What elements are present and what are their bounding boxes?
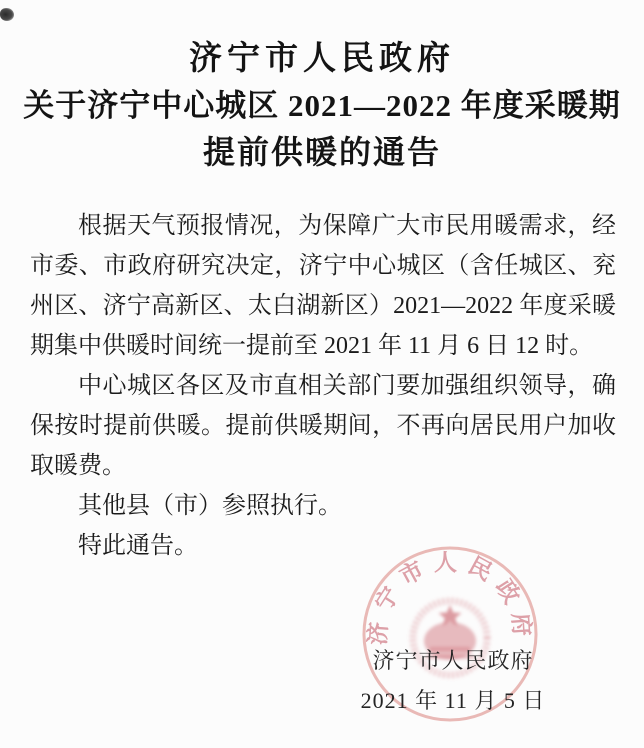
notice-type-line: 提前供暖的通告: [20, 129, 624, 175]
signature-block: 济宁市人民政府 济宁市人民政府 2021 年 11 月 5 日: [300, 520, 644, 748]
signature-authority: 济宁市人民政府: [358, 644, 548, 675]
notice-title: 济宁市人民政府 关于济宁中心城区 2021—2022 年度采暖期 提前供暖的通告: [20, 36, 624, 175]
scan-artifact: [0, 8, 14, 21]
body-paragraph: 中心城区各区及市直相关部门要加强组织领导，确保按时提前供暖。提前供暖期间，不再向…: [30, 366, 616, 486]
notice-document: 济宁市人民政府 关于济宁中心城区 2021—2022 年度采暖期 提前供暖的通告…: [0, 0, 644, 748]
notice-body: 根据天气预报情况，为保障广大市民用暖需求，经市委、市政府研究决定，济宁中心城区（…: [30, 206, 616, 566]
notice-subject-line: 关于济宁中心城区 2021—2022 年度采暖期: [20, 82, 624, 129]
issue-date: 2021 年 11 月 5 日: [330, 684, 576, 715]
issuing-authority-title: 济宁市人民政府: [20, 36, 624, 82]
body-paragraph: 根据天气预报情况，为保障广大市民用暖需求，经市委、市政府研究决定，济宁中心城区（…: [30, 206, 616, 366]
